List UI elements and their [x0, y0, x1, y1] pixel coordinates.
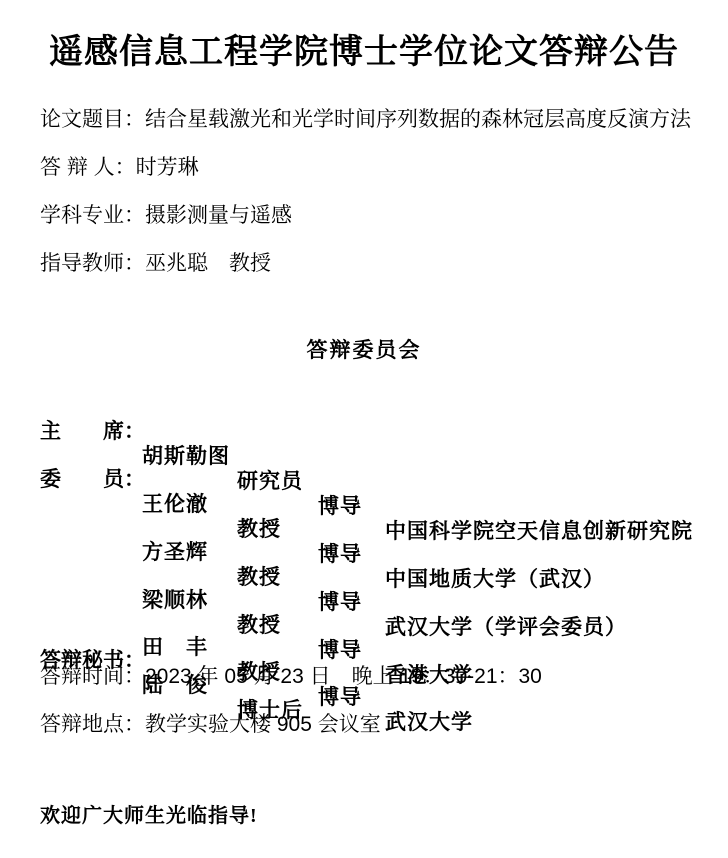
- major-value: 摄影测量与遥感: [145, 204, 292, 227]
- committee-row-member: 梁顺林 教授 博导 香港大学: [0, 534, 728, 562]
- committee-row-member: 委 员： 王伦澈 教授 博导 中国地质大学（武汉）: [0, 438, 728, 466]
- defender-line: 答 辩 人：时芳琳: [40, 155, 199, 181]
- defense-time-line: 答辩时间：2023 年 05 月 23 日 晚上 19：30-21：30: [40, 664, 542, 690]
- defender-label: 答 辩 人：: [40, 156, 136, 179]
- thesis-title-label: 论文题目：: [40, 108, 145, 131]
- defense-announcement-document: 遥感信息工程学院博士学位论文答辩公告 论文题目：结合星载激光和光学时间序列数据的…: [0, 0, 728, 858]
- defense-location-value: 教学实验大楼 905 会议室: [145, 713, 381, 736]
- committee-row-member: 田 丰 教授 博导 武汉大学: [0, 581, 728, 609]
- page-title: 遥感信息工程学院博士学位论文答辩公告: [0, 24, 728, 73]
- defense-time-value: 2023 年 05 月 23 日 晚上 19：30-21：30: [145, 665, 542, 688]
- welcome-message: 欢迎广大师生光临指导!: [40, 799, 258, 828]
- defense-location-label: 答辩地点：: [40, 713, 145, 736]
- committee-heading: 答辩委员会: [0, 334, 728, 364]
- advisor-line: 指导教师：巫兆聪 教授: [40, 251, 271, 277]
- committee-row-chair: 主 席： 胡斯勒图 研究员 博导 中国科学院空天信息创新研究院: [0, 390, 728, 418]
- defense-location-line: 答辩地点：教学实验大楼 905 会议室: [40, 712, 381, 738]
- thesis-title-line: 论文题目：结合星载激光和光学时间序列数据的森林冠层高度反演方法: [40, 107, 691, 133]
- defender-value: 时芳琳: [136, 156, 199, 179]
- advisor-label: 指导教师：: [40, 252, 145, 275]
- committee-row-member: 方圣辉 教授 博导 武汉大学（学评会委员）: [0, 486, 728, 514]
- major-label: 学科专业：: [40, 204, 145, 227]
- thesis-title-value: 结合星载激光和光学时间序列数据的森林冠层高度反演方法: [145, 108, 691, 131]
- advisor-value: 巫兆聪 教授: [145, 252, 271, 275]
- major-line: 学科专业：摄影测量与遥感: [40, 203, 292, 229]
- defense-time-label: 答辩时间：: [40, 665, 145, 688]
- committee-row-secretary: 答辩秘书： 陆 俊 博士后: [0, 619, 728, 647]
- committee-member-institution: 武汉大学: [385, 706, 473, 736]
